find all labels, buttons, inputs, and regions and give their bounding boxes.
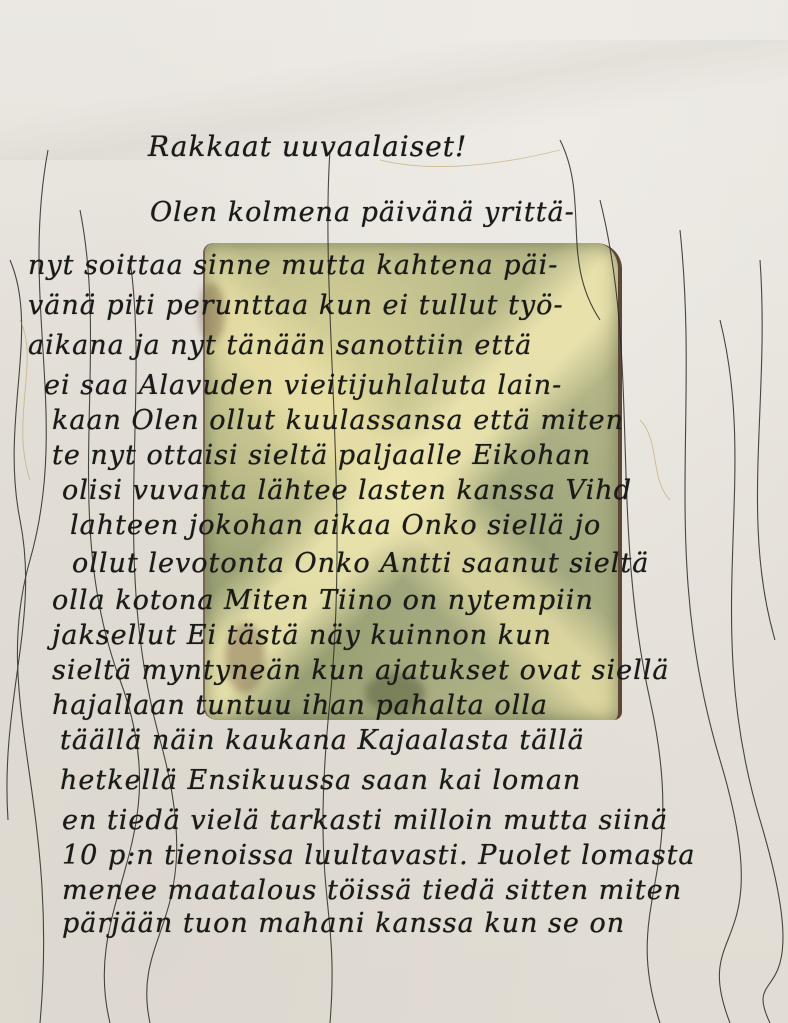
letter-line-9: lahteen jokohan aikaa Onko siellä jo [70, 510, 601, 541]
letter-line-2: nyt soittaa sinne mutta kahtena päi- [28, 250, 558, 281]
letter-line-7: te nyt ottaisi sieltä paljaalle Eikohan [52, 440, 591, 471]
letter-line-14: hajallaan tuntuu ihan pahalta olla [52, 690, 548, 721]
letter-line-20: pärjään tuon mahani kanssa kun se on [62, 908, 625, 939]
embroidered-letter: Rakkaat uuvaalaiset! Olen kolmena päivän… [0, 0, 788, 1023]
letter-line-11: olla kotona Miten Tiino on nytempiin [52, 585, 594, 616]
letter-line-5: ei saa Alavuden vieitijuhlaluta lain- [44, 370, 562, 401]
letter-line-18: 10 p:n tienoissa luultavasti. Puolet lom… [62, 840, 696, 871]
letter-line-16: hetkellä Ensikuussa saan kai loman [60, 765, 581, 796]
letter-line-1: Olen kolmena päivänä yrittä- [150, 197, 575, 228]
letter-line-6: kaan Olen ollut kuulassansa että miten [52, 405, 624, 436]
letter-line-19: menee maatalous töissä tiedä sitten mite… [62, 875, 682, 906]
letter-line-15: täällä näin kaukana Kajaalasta tällä [60, 725, 585, 756]
letter-line-12: jaksellut Ei tästä näy kuinnon kun [52, 620, 552, 651]
letter-line-3: vänä piti perunttaa kun ei tullut työ- [28, 290, 564, 321]
letter-line-10: ollut levotonta Onko Antti saanut sieltä [72, 548, 649, 579]
letter-line-8: olisi vuvanta lähtee lasten kanssa Vihd [62, 475, 632, 506]
letter-greeting: Rakkaat uuvaalaiset! [148, 130, 467, 163]
letter-line-13: sieltä myntyneän kun ajatukset ovat siel… [52, 655, 669, 686]
letter-line-4: aikana ja nyt tänään sanottiin että [28, 330, 532, 361]
letter-line-17: en tiedä vielä tarkasti milloin mutta si… [62, 805, 668, 836]
